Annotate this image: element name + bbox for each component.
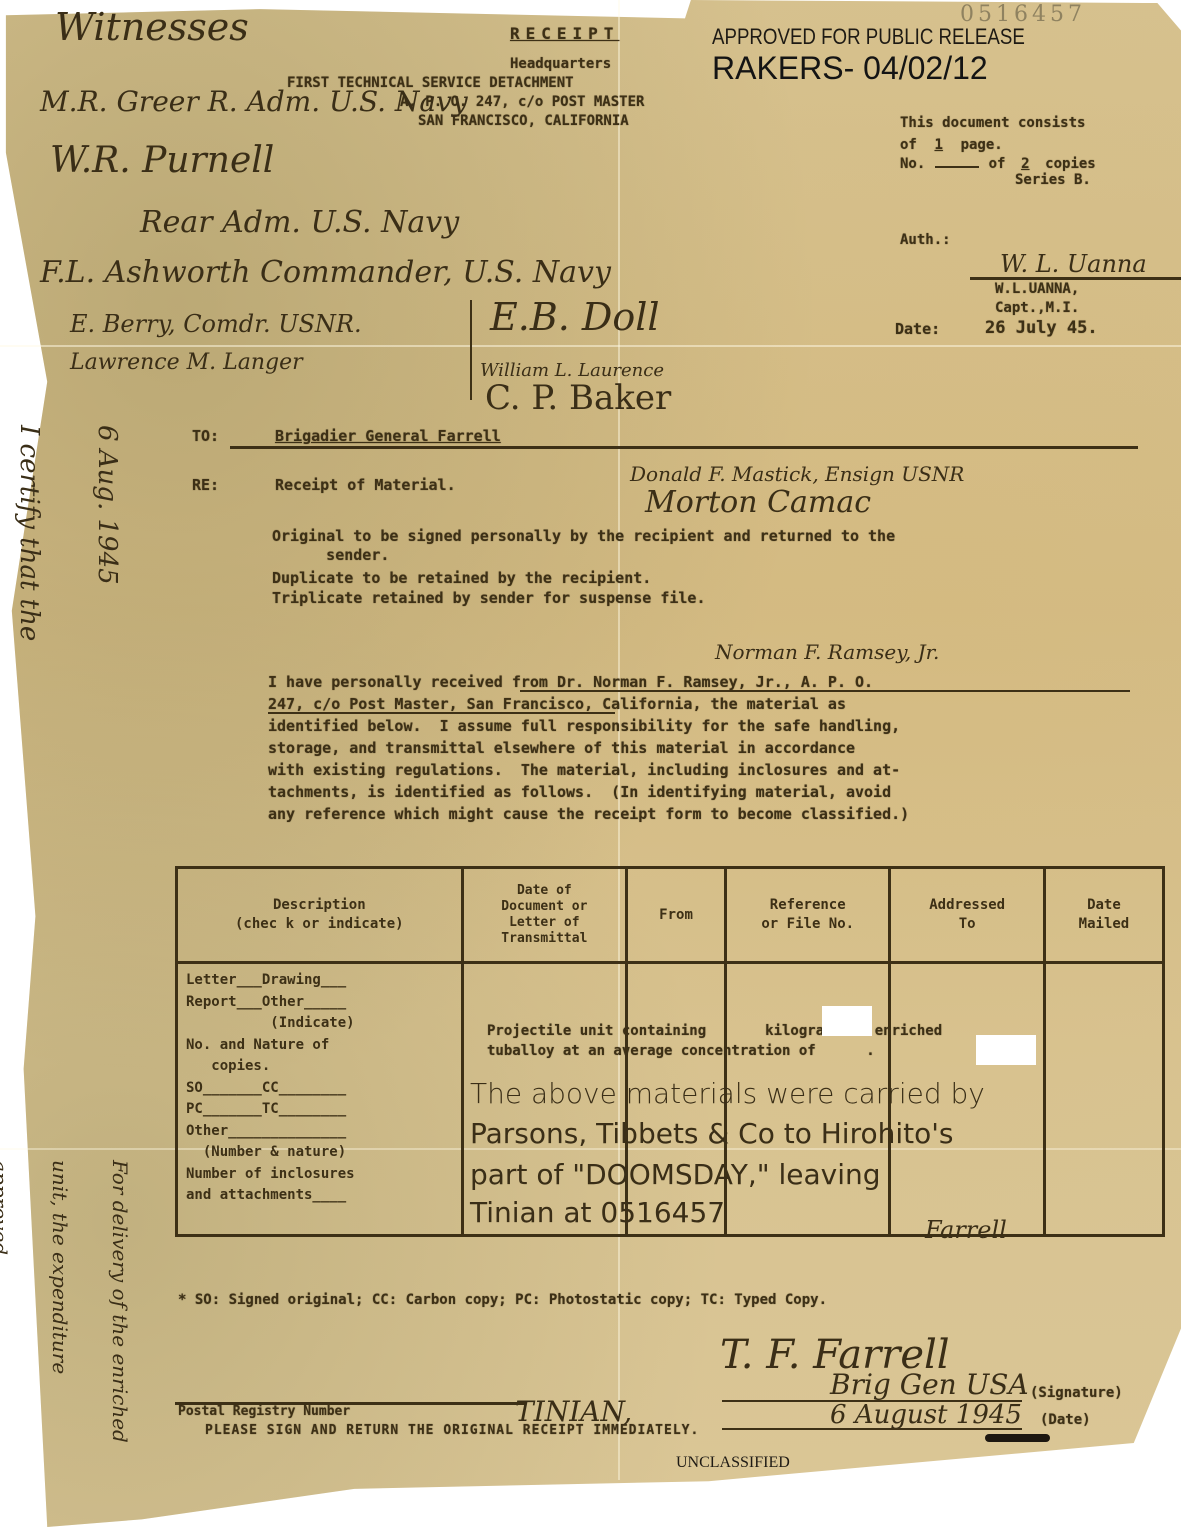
description-cell: Letter___Drawing___ Report___Other_____ … [177,963,463,1236]
handwritten-entry-line: The above materials were carried by [470,1077,985,1110]
instruction-line: Triplicate retained by sender for suspen… [272,589,705,607]
column-header-date-of-document: Date of Document or Letter of Transmitta… [462,868,627,963]
auth-signature-line [970,277,1181,280]
pages-line: of 1 page. [900,134,1003,153]
witness-signature: E.B. Doll [490,295,660,339]
copies-line: No. of 2 copies [900,153,1096,172]
column-header-reference: Reference or File No. [725,868,890,963]
witness-signature: F.L. Ashworth Commander, U.S. Navy [40,255,611,290]
statement-line: identified below. I assume full responsi… [268,717,900,735]
copies-value: 2 [1015,156,1035,172]
to-value: Brigadier General Farrell [275,427,501,445]
re-annotation: Donald F. Mastick, Ensign USNR [630,462,964,486]
postal-registry-label: Postal Registry Number [178,1404,350,1419]
witness-signature: C. P. Baker [485,378,671,418]
classification-footer: UNCLASSIFIED [676,1454,790,1472]
witness-signature: W.R. Purnell [50,140,274,181]
document-title: RECEIPT [510,24,619,43]
statement-line: with existing regulations. The material,… [268,761,900,779]
signature-label: (Signature) [1030,1385,1123,1401]
signature-date: 6 August 1945 [830,1400,1022,1430]
date-line [722,1428,1022,1430]
handwritten-initials: Farrell [925,1216,1007,1244]
ramsey-signature: Norman F. Ramsey, Jr. [715,640,939,664]
statement-line: any reference which might cause the rece… [268,805,909,823]
date-label: Date: [895,320,940,338]
typed-entry-line: Projectile unit containing kilograms of … [487,1023,942,1039]
stamp-overmark [985,1434,1050,1442]
copy-type-legend: * SO: Signed original; CC: Carbon copy; … [178,1292,827,1308]
instruction-line: Duplicate to be retained by the recipien… [272,569,651,587]
re-value: Receipt of Material. [275,476,456,494]
witness-signature: Rear Adm. U.S. Navy [140,205,459,240]
fold-crease-horizontal [0,345,1181,347]
table-header-row: Description (chec k or indicate) Date of… [177,868,1164,963]
auth-name: W.L.UANNA, [995,281,1079,297]
consists-label: This document consists [900,115,1085,131]
column-header-description: Description (chec k or indicate) [177,868,463,963]
copy-number-blank [935,166,979,168]
header-line-1: Headquarters [510,56,611,72]
date-value: 26 July 45. [985,318,1098,338]
statement-underline [520,690,1130,692]
to-label: TO: [192,427,219,445]
pages-value: 1 [927,137,951,153]
column-header-addressed-to: Addressed To [890,868,1044,963]
instruction-line: Original to be signed personally by the … [272,527,895,545]
witness-signature: Lawrence M. Langer [70,350,303,375]
corner-annotation: 0516457 [960,2,1086,27]
description-checklist: Letter___Drawing___ Report___Other_____ … [178,964,461,1213]
release-annotation: RAKERS- 04/02/12 [712,50,988,87]
date-label: (Date) [1040,1412,1091,1428]
handwritten-entry-line: Parsons, Tibbets & Co to Hirohito's [470,1117,954,1150]
witness-signature: M.R. Greer R. Adm. U.S. Navy [40,85,468,118]
auth-signature: W. L. Uanna [1000,250,1147,278]
witnesses-heading: Witnesses [55,5,249,49]
re-annotation: Morton Camac [645,485,871,520]
statement-line: tachments, is identified as follows. (In… [268,783,891,801]
statement-line: 247, c/o Post Master, San Francisco, Cal… [268,695,846,713]
redaction-box [822,1006,872,1036]
auth-label: Auth.: [900,232,951,248]
statement-line: storage, and transmittal elsewhere of th… [268,739,855,757]
return-instruction: PLEASE SIGN AND RETURN THE ORIGINAL RECE… [205,1423,699,1438]
release-stamp: APPROVED FOR PUBLIC RELEASE [712,24,1025,50]
series-label: Series B. [1015,172,1091,188]
redaction-box [976,1035,1036,1065]
signature-divider [470,300,472,400]
witness-signature: E. Berry, Comdr. USNR. [70,310,362,338]
auth-rank: Capt.,M.I. [995,300,1079,316]
recipient-title: Brig Gen USA [830,1368,1029,1401]
column-header-from: From [627,868,726,963]
margin-note-upper: 6 Aug. 1945 I certify that the above mat… [0,425,172,829]
handwritten-entry-line: part of "DOOMSDAY," leaving [470,1158,881,1191]
typed-entry-line: tuballoy at an average concentration of … [487,1043,875,1059]
statement-line: I have personally received from Dr. Norm… [268,673,873,691]
column-header-date-mailed: Date Mailed [1044,868,1163,963]
instruction-line: sender. [272,546,389,564]
handwritten-entry-line: Tinian at 0516457 [470,1196,725,1229]
margin-note-lower: For delivery of the enriched unit, the e… [0,1160,170,1443]
statement-underline [268,712,615,714]
to-underline [230,446,1138,449]
re-label: RE: [192,476,219,494]
